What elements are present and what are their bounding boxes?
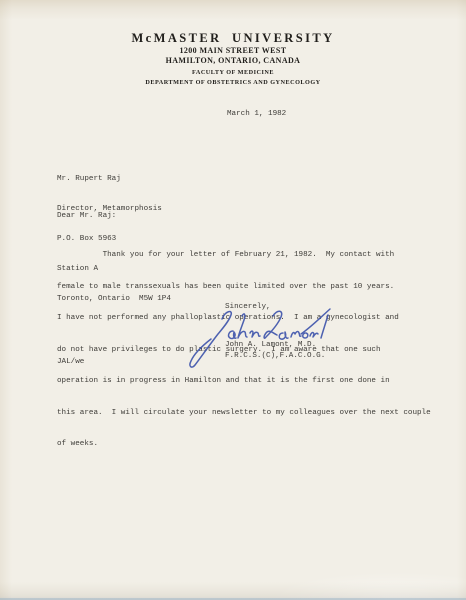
valediction: Sincerely, (225, 302, 271, 313)
letterhead-university-name: McMASTER UNIVERSITY (0, 31, 466, 46)
typed-signer-name: John A. Lamont, M.D. (225, 340, 316, 351)
letterhead-faculty: FACULTY OF MEDICINE (0, 69, 466, 76)
recipient-name: Mr. Rupert Raj (57, 174, 171, 184)
letter-page: McMASTER UNIVERSITY 1200 MAIN STREET WES… (0, 0, 466, 600)
body-line: of weeks. (57, 439, 431, 450)
letterhead-street-address: 1200 MAIN STREET WEST (0, 46, 466, 55)
body-line: Thank you for your letter of February 21… (57, 250, 431, 261)
body-line: this area. I will circulate your newslet… (57, 408, 431, 419)
signer-credentials: F.R.C.S.(C),F.A.C.O.G. (225, 351, 325, 362)
letterhead-department: DEPARTMENT OF OBSTETRICS AND GYNECOLOGY (0, 79, 466, 86)
salutation: Dear Mr. Raj: (57, 211, 116, 222)
body-line: I have not performed any phalloplastic o… (57, 313, 431, 324)
body-line: female to male transsexuals has been qui… (57, 282, 431, 293)
letterhead-city-address: HAMILTON, ONTARIO, CANADA (0, 56, 466, 65)
body-line: operation is in progress in Hamilton and… (57, 376, 431, 387)
reference-initials: JAL/we (57, 357, 84, 368)
letter-date: March 1, 1982 (227, 109, 286, 120)
